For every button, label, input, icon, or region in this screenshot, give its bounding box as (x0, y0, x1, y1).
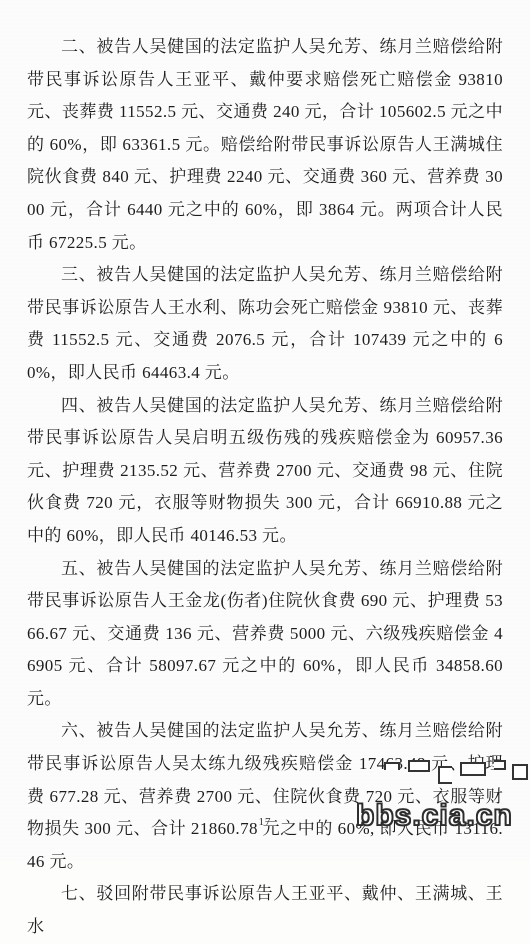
ruling-paragraph-5: 五、被告人吴健国的法定监护人吴允芳、练月兰赔偿给附带民事诉讼原告人王金龙(伤者)… (27, 553, 503, 716)
watermark-fragment (438, 766, 452, 784)
watermark-fragment (384, 762, 400, 770)
ruling-paragraph-3: 三、被告人吴健国的法定监护人吴允芳、练月兰赔偿给附带民事诉讼原告人王水利、陈功会… (27, 259, 503, 389)
watermark-fragment-row (384, 760, 530, 798)
site-watermark: bbs.cia.cn (356, 799, 513, 833)
scanned-document-page: 二、被告人吴健国的法定监护人吴允芳、练月兰赔偿给附带民事诉讼原告人王亚平、戴仲要… (0, 0, 530, 860)
judgment-text-block: 二、被告人吴健国的法定监护人吴允芳、练月兰赔偿给附带民事诉讼原告人王亚平、戴仲要… (27, 31, 503, 860)
watermark-fragment (408, 760, 430, 772)
watermark-fragment (460, 762, 486, 776)
ruling-paragraph-4: 四、被告人吴健国的法定监护人吴允芳、练月兰赔偿给附带民事诉讼原告人吴启明五级伤残… (27, 390, 503, 553)
watermark-fragment (494, 760, 506, 770)
ruling-paragraph-2: 二、被告人吴健国的法定监护人吴允芳、练月兰赔偿给附带民事诉讼原告人王亚平、戴仲要… (27, 31, 503, 259)
watermark-fragment (512, 764, 528, 780)
